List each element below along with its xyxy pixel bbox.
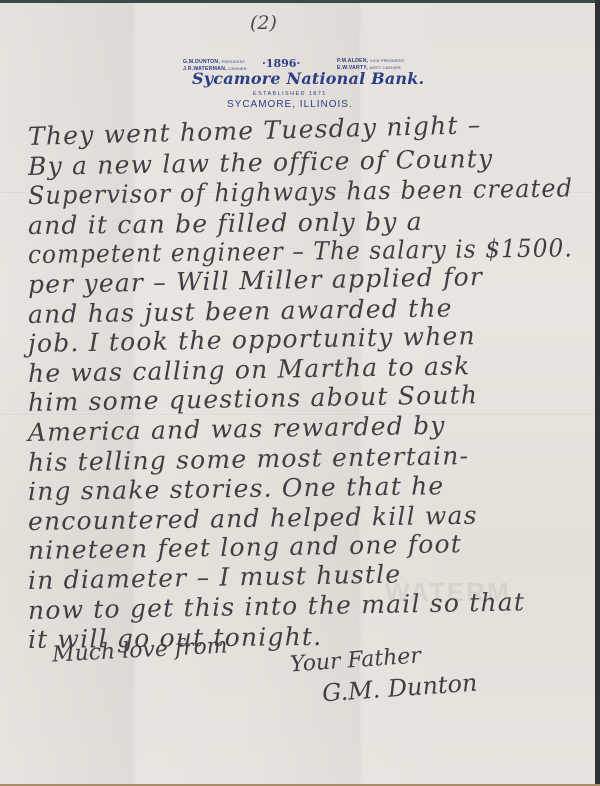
officer-president: G.M.DUNTON, PRESIDENT. bbox=[183, 59, 248, 66]
scan-edge-top bbox=[0, 0, 600, 3]
bank-name: Sycamore National Bank. bbox=[192, 69, 424, 88]
scan-edge-right bbox=[595, 0, 600, 786]
letter-line: ing snake stories. One that he bbox=[28, 471, 445, 506]
letter-line: and it can be filled only by a bbox=[28, 207, 423, 240]
letter-line: Supervisor of highways has been created bbox=[28, 174, 574, 211]
signature: G.M. Dunton bbox=[321, 669, 478, 708]
page-number: (2) bbox=[250, 12, 277, 34]
officer-vice-president: P.M.ALDEN, VICE PRESIDENT. bbox=[337, 58, 405, 65]
letter-line: competent engineer – The salary is $1500… bbox=[28, 234, 573, 270]
bank-city: SYCAMORE, ILLINOIS. bbox=[227, 99, 353, 110]
letter-sheet: WATERM (2) G.M.DUNTON, PRESIDENT. J.R.WA… bbox=[0, 2, 595, 784]
established-line: ESTABLISHED 1871 bbox=[253, 91, 327, 97]
